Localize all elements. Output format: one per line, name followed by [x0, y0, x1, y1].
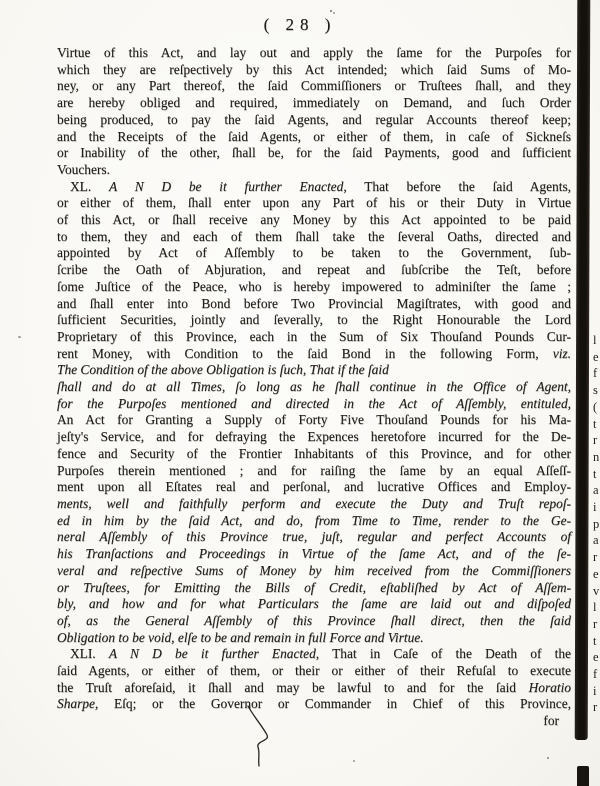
text-line: to them, they and each of them ſhall tak…: [57, 229, 571, 246]
text-line: for the Purpoſes mentioned and directed …: [57, 396, 571, 413]
edge-letter-fragment: t: [593, 467, 600, 482]
text-segment: , That in Caſe of the Death of the: [316, 646, 571, 661]
text-segment: A N D be it further Enacted: [109, 179, 343, 194]
text-segment: ed in him by the ſaid Act, and do, from …: [57, 513, 571, 528]
edge-letter-fragment: i: [593, 684, 600, 699]
text-line: appointed by Act of Aſſembly to be taken…: [57, 245, 571, 262]
edge-letter-fragment: r: [593, 433, 600, 448]
text-segment: are hereby obliged and required, immedia…: [57, 95, 571, 110]
text-segment: ſufficient Securities, jointly and ſever…: [57, 312, 571, 327]
text-line: Vouchers.: [57, 162, 571, 179]
text-segment: XL.: [70, 179, 109, 194]
text-segment: being produced, to pay the ſaid Agents, …: [57, 112, 571, 127]
text-line: being produced, to pay the ſaid Agents, …: [57, 112, 571, 129]
text-segment: or Truſtees, for Emitting the Bills of C…: [57, 580, 571, 595]
text-line: ſome Juſtice of the Peace, who is hereby…: [57, 279, 571, 296]
edge-letter-fragment: n: [593, 450, 600, 465]
text-line: An Act for Granting a Supply of Forty Fi…: [57, 412, 571, 429]
text-segment: the Truſt aforeſaid, it ſhall and may be…: [57, 680, 529, 695]
text-line: XL. A N D be it further Enacted, That be…: [57, 179, 571, 196]
text-segment: and ſhall enter into Bond before Two Pro…: [57, 296, 571, 311]
text-segment: ſaid Agents, or either of them, or their…: [57, 663, 571, 678]
text-line: bly, and how and for what Particulars th…: [57, 596, 571, 613]
text-line: and the Receipts of the ſaid Agents, or …: [57, 129, 571, 146]
text-segment: neral Aſſembly of this Province true, ju…: [57, 529, 571, 544]
text-line: of this Act, or ſhall receive any Money …: [57, 212, 571, 229]
text-line: his Tranſactions and Proceedings in Virt…: [57, 546, 571, 563]
text-segment: viz.: [553, 346, 571, 361]
text-line: ſcribe the Oath of Abjuration, and repea…: [57, 262, 571, 279]
ink-speck: [330, 10, 332, 12]
text-segment: ment upon all Eſtates real and perſonal,…: [57, 479, 571, 494]
book-gutter-shadow-bottom: [577, 766, 589, 786]
text-line: and ſhall enter into Bond before Two Pro…: [57, 296, 571, 313]
text-segment: Purpoſes therein mentioned ; and for rai…: [57, 463, 571, 478]
text-segment: ments, well and faithfully perform and e…: [57, 496, 571, 511]
text-line: ſhall and do at all Times, ſo long as he…: [57, 379, 571, 396]
ink-speck: [499, 707, 501, 709]
text-line: ments, well and faithfully perform and e…: [57, 496, 571, 513]
text-line: ſufficient Securities, jointly and ſever…: [57, 312, 571, 329]
text-segment: and the Receipts of the ſaid Agents, or …: [57, 129, 571, 144]
edge-letter-fragment: v: [593, 584, 600, 599]
ink-speck: [547, 757, 549, 759]
text-segment: Vouchers.: [57, 162, 110, 177]
text-segment: , That before the ſaid Agents,: [343, 179, 571, 194]
text-line: ment upon all Eſtates real and perſonal,…: [57, 479, 571, 496]
edge-letter-fragment: r: [593, 700, 600, 715]
text-segment: An Act for Granting a Supply of Forty Fi…: [57, 412, 571, 427]
text-segment: appointed by Act of Aſſembly to be taken…: [57, 245, 571, 260]
text-segment: or Inability of the other, ſhall be, for…: [57, 145, 571, 160]
text-segment: The Condition of the above Obligation is…: [57, 362, 389, 377]
text-segment: Horatio: [529, 680, 571, 695]
edge-letter-fragment: f: [593, 366, 600, 381]
text-segment: ſome Juſtice of the Peace, who is hereby…: [57, 279, 571, 294]
text-segment: or either of them, ſhall enter upon any …: [57, 195, 571, 210]
text-line: XLI. A N D be it further Enacted, That i…: [57, 646, 571, 663]
text-line: are hereby obliged and required, immedia…: [57, 95, 571, 112]
text-line: or Truſtees, for Emitting the Bills of C…: [57, 580, 571, 597]
text-line: or either of them, ſhall enter upon any …: [57, 195, 571, 212]
text-line: rent Money, with Condition to the ſaid B…: [57, 346, 571, 363]
text-segment: XLI.: [70, 646, 109, 661]
text-line: Proprietary of this Province, each in th…: [57, 329, 571, 346]
text-line: Virtue of this Act, and lay out and appl…: [57, 45, 571, 62]
edge-letter-fragment: t: [593, 417, 600, 432]
edge-letter-fragment: i: [593, 500, 600, 515]
text-segment: ſcribe the Oath of Abjuration, and repea…: [57, 262, 571, 277]
text-line: veral and reſpective Sums of Money by hi…: [57, 563, 571, 580]
text-segment: which they are reſpectively by this Act …: [57, 62, 571, 77]
text-line: Sharpe, Eſq; or the Governor or Commande…: [57, 696, 571, 713]
text-segment: ney, or any Part thereof, the ſaid Commi…: [57, 78, 571, 93]
text-line: Purpoſes therein mentioned ; and for rai…: [57, 463, 571, 480]
text-segment: ſhall and do at all Times, ſo long as he…: [57, 379, 571, 394]
text-segment: Obligation to be void, elſe to be and re…: [57, 630, 424, 645]
edge-letter-fragment: p: [593, 517, 600, 532]
text-segment: to them, they and each of them ſhall tak…: [57, 229, 571, 244]
text-line: fence and Security of the Frontier Inhab…: [57, 446, 571, 463]
text-line: which they are reſpectively by this Act …: [57, 62, 571, 79]
text-segment: of, as the General Aſſembly of this Prov…: [57, 613, 571, 628]
text-segment: jeſty's Service, and for defraying the E…: [57, 429, 571, 444]
edge-letter-fragment: a: [593, 533, 600, 548]
edge-letter-fragment: l: [593, 600, 600, 615]
text-segment: A N D be it further Enacted: [109, 646, 316, 661]
text-line: of, as the General Aſſembly of this Prov…: [57, 613, 571, 630]
text-line: ney, or any Part thereof, the ſaid Commi…: [57, 78, 571, 95]
text-segment: fence and Security of the Frontier Inhab…: [57, 446, 571, 461]
text-segment: bly, and how and for what Particulars th…: [57, 596, 571, 611]
text-line: neral Aſſembly of this Province true, ju…: [57, 529, 571, 546]
text-segment: veral and reſpective Sums of Money by hi…: [57, 563, 571, 578]
text-segment: Proprietary of this Province, each in th…: [57, 329, 571, 344]
text-segment: Eſq; or the Governor or Commander in Chi…: [98, 696, 571, 711]
text-line: jeſty's Service, and for defraying the E…: [57, 429, 571, 446]
ink-speck: [18, 336, 21, 338]
edge-letter-fragment: r: [593, 550, 600, 565]
edge-letter-fragment: e: [593, 650, 600, 665]
edge-letter-fragment: l: [593, 333, 600, 348]
text-line: ſaid Agents, or either of them, or their…: [57, 663, 571, 680]
text-segment: for the Purpoſes mentioned and directed …: [57, 396, 571, 411]
text-line: The Condition of the above Obligation is…: [57, 362, 571, 379]
edge-letter-fragment: a: [593, 483, 600, 498]
ink-speck: [333, 12, 335, 14]
edge-letter-fragment: f: [593, 667, 600, 682]
text-line: Obligation to be void, elſe to be and re…: [57, 630, 571, 647]
ink-speck: [353, 760, 355, 762]
edge-letter-fragment: t: [593, 634, 600, 649]
text-segment: Virtue of this Act, and lay out and appl…: [57, 45, 571, 60]
text-line: the Truſt aforeſaid, it ſhall and may be…: [57, 680, 571, 697]
edge-letter-fragment: r: [593, 617, 600, 632]
text-segment: of this Act, or ſhall receive any Money …: [57, 212, 571, 227]
text-segment: rent Money, with Condition to the ſaid B…: [57, 346, 553, 361]
book-gutter-shadow: [575, 0, 591, 740]
text-line: ed in him by the ſaid Act, and do, from …: [57, 513, 571, 530]
text-segment: Sharpe,: [57, 696, 98, 711]
text-block: Virtue of this Act, and lay out and appl…: [57, 45, 571, 730]
edge-letter-fragment: (: [593, 400, 600, 415]
edge-letter-fragment: e: [593, 567, 600, 582]
edge-letter-fragment: e: [593, 350, 600, 365]
catchword: for: [57, 713, 571, 730]
page-number-folio: ( 28 ): [0, 15, 600, 35]
text-segment: for: [543, 713, 559, 728]
text-line: or Inability of the other, ſhall be, for…: [57, 145, 571, 162]
text-segment: his Tranſactions and Proceedings in Virt…: [57, 546, 571, 561]
edge-letter-fragment: s: [593, 383, 600, 398]
